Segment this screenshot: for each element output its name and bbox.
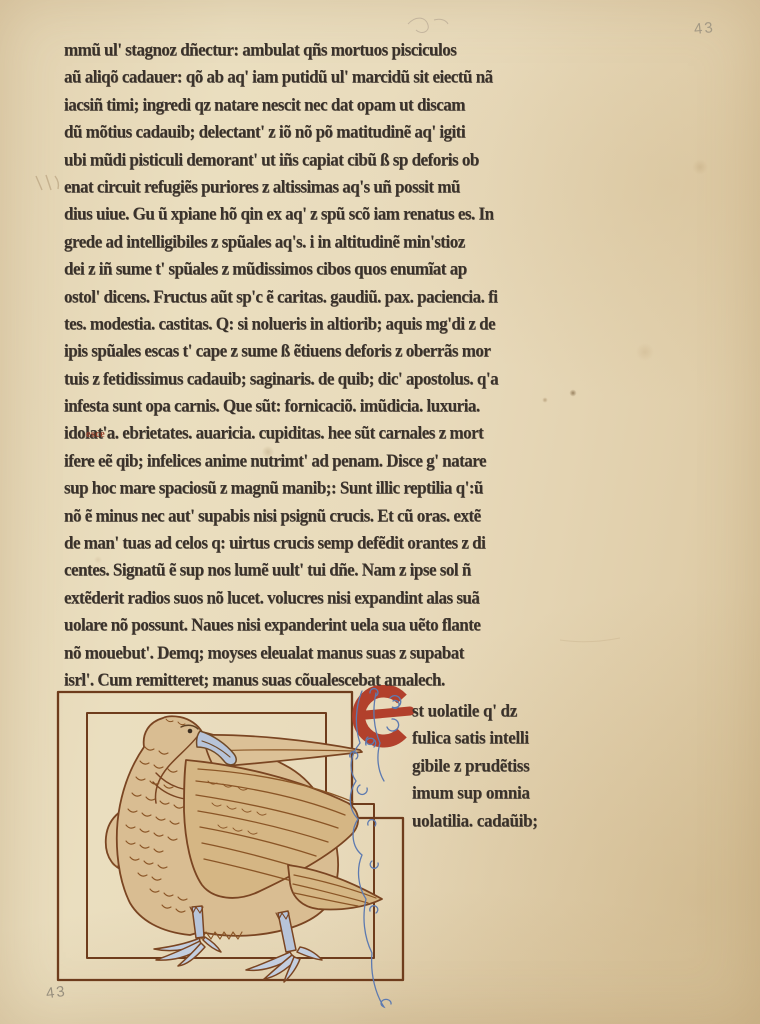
text-line: uolare nõ possunt. Naues nisi expanderin… (64, 611, 498, 639)
caption-line: st uolatile q' dz (412, 697, 538, 725)
main-text-block: mmũ ul' stagnoz dñectur: ambulat qñs mor… (64, 36, 498, 693)
text-line: infesta sunt opa carnis. Que sũt: fornic… (64, 392, 498, 420)
caption-line: uolatilia. cadaũib; (412, 807, 538, 835)
text-line: tes. modestia. castitas. Q: si nolueris … (64, 310, 498, 338)
initial-e (359, 691, 410, 741)
text-line: sup hoc mare spaciosũ z magnũ manib;: Su… (64, 474, 498, 502)
text-line: extẽderit radios suos nõ lucet. volucres… (64, 584, 498, 612)
text-line: aũ aliqõ cadauer: qõ ab aq' iam putidũ u… (64, 63, 498, 91)
text-line: isrl'. Cum remitteret; manus suas cõuale… (64, 666, 498, 694)
margin-mark (36, 175, 58, 190)
text-line: nõ ẽ minus nec aut' supabis nisi psignũ … (64, 502, 498, 530)
text-line: dius uiue. Gu ũ xpiane hõ qin ex aq' z s… (64, 200, 498, 228)
interlinear-gloss: esce (86, 429, 105, 440)
text-line: ipis spũales escas t' cape z sume ß ẽtiu… (64, 337, 498, 365)
text-line: de man' tuas ad celos q: uirtus crucis s… (64, 529, 498, 557)
text-line: ubi mũdi pisticuli demorant' ut iñs capi… (64, 146, 498, 174)
text-line: centes. Signatũ ẽ sup nos lumẽ uult' tui… (64, 556, 498, 584)
text-line: mmũ ul' stagnoz dñectur: ambulat qñs mor… (64, 36, 498, 64)
caption-line: fulica satis intelli (412, 724, 538, 752)
text-line: grede ad intelligibiles z spũales aq's. … (64, 228, 498, 256)
caption-line: imum sup omnia (412, 779, 538, 807)
bird-eye (188, 729, 193, 734)
text-line: dei z iñ sume t' spũales z mũdissimos ci… (64, 255, 498, 283)
manuscript-page: mmũ ul' stagnoz dñectur: ambulat qñs mor… (0, 0, 760, 1024)
text-line: nõ mouebut'. Demq; moyses eleualat manus… (64, 639, 498, 667)
text-line: ifere eẽ qib; infelices anime nutrimt' a… (64, 447, 498, 475)
text-line: idolat'a. ebrietates. auaricia. cupidita… (64, 419, 498, 447)
fulica-bird (106, 716, 382, 982)
caption-block: st uolatile q' dzfulica satis intelligib… (412, 697, 538, 834)
text-line: iacsiñ timi; ingredi qz natare nescit ne… (64, 91, 498, 119)
text-line: tuis z fetidissimus cadauib; saginaris. … (64, 365, 498, 393)
text-line: dũ mõtius cadauib; delectant' z iõ nõ põ… (64, 118, 498, 146)
caption-line: gibile z prudẽtiss (412, 752, 538, 780)
fulica-illustration: E (50, 685, 450, 1024)
top-scratch (408, 18, 448, 32)
text-line: enat circuit refugiẽs puriores z altissi… (64, 173, 498, 201)
text-line: ostol' dicens. Fructus aũt sp'c ẽ carita… (64, 283, 498, 311)
